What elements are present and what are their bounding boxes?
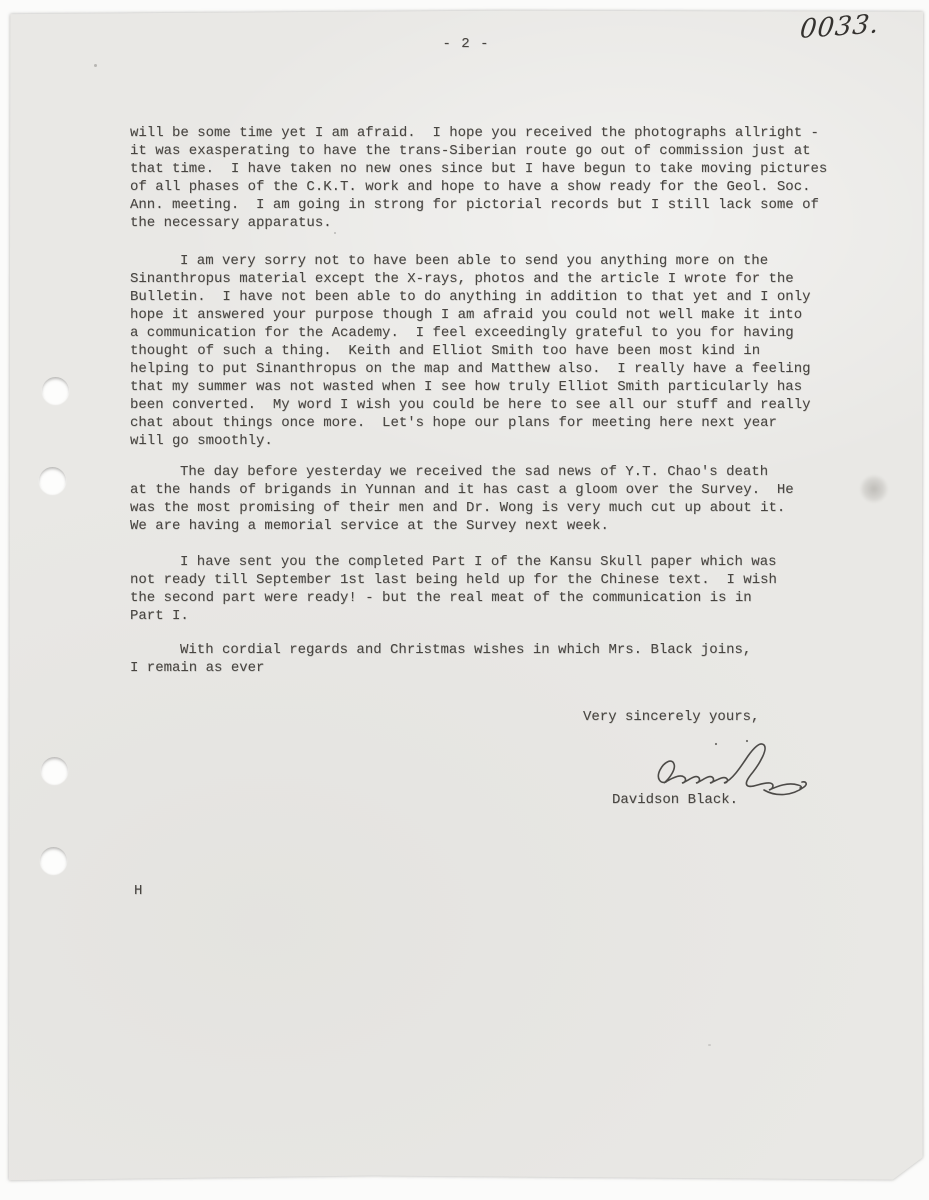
hole-punch xyxy=(41,757,68,784)
valediction: Very sincerely yours, xyxy=(583,708,759,726)
stain-mark xyxy=(860,475,888,503)
scanned-letter-screenshot: { "document": { "archival_number": "0033… xyxy=(0,0,929,1200)
letter-paragraph: With cordial regards and Christmas wishe… xyxy=(130,641,870,677)
letter-page: 0033. - 2 - will be some time yet I am a… xyxy=(8,10,924,1182)
paper-speck xyxy=(334,232,336,234)
paper-speck xyxy=(708,1044,711,1046)
letter-paragraph: I am very sorry not to have been able to… xyxy=(130,252,870,450)
paper-speck xyxy=(94,64,97,67)
letter-paragraph: The day before yesterday we received the… xyxy=(130,463,870,535)
letter-scan: 0033. - 2 - will be some time yet I am a… xyxy=(0,0,929,1200)
hole-punch xyxy=(39,467,66,494)
letter-paragraph: I have sent you the completed Part I of … xyxy=(130,553,870,625)
typist-initial: H xyxy=(134,882,142,900)
page-number: - 2 - xyxy=(8,35,924,53)
hole-punch xyxy=(40,847,67,874)
letter-paragraph: will be some time yet I am afraid. I hop… xyxy=(130,124,870,232)
typed-signature-name: Davidson Black. xyxy=(612,791,738,809)
hole-punch xyxy=(42,377,69,404)
